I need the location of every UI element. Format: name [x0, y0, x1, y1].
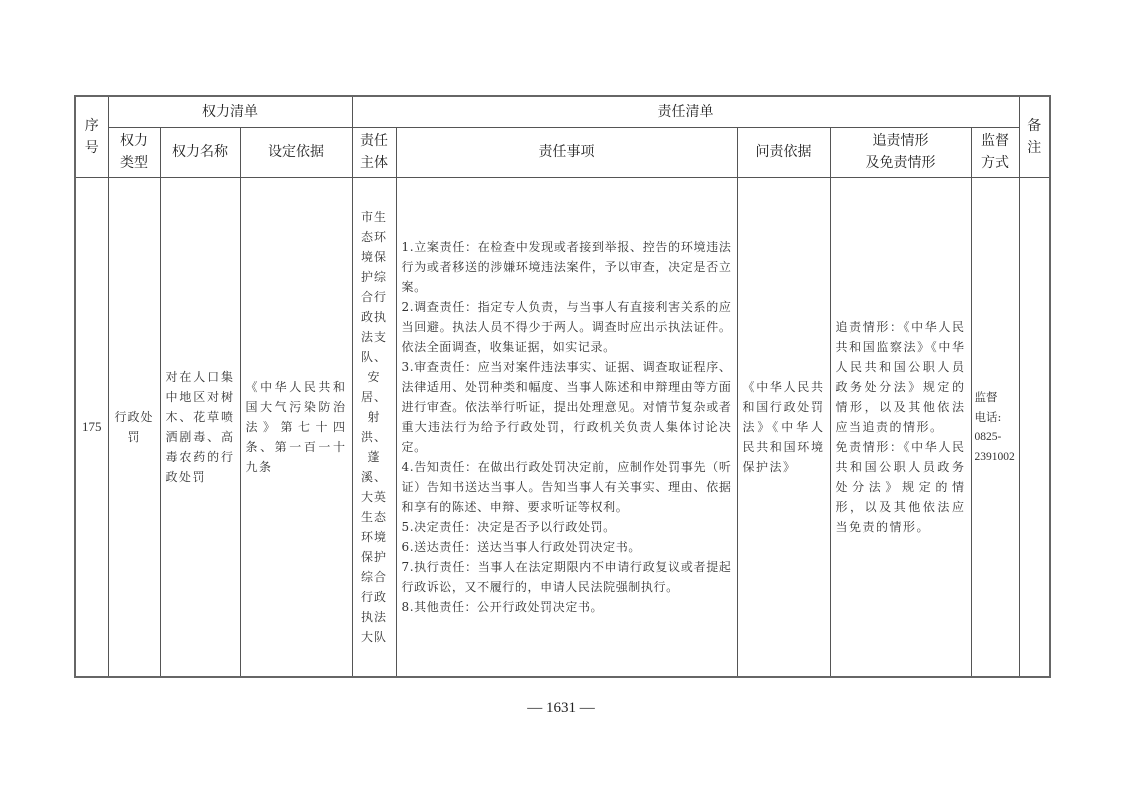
row-power-name: 对在人口集中地区对树木、花草喷洒剧毒、高毒农药的行政处罚 [160, 177, 240, 677]
header-remarks: 备 注 [1019, 96, 1050, 177]
exemption-case: 免责情形：《中华人民共和国公职人员政务处分法》规定的情形，以及其他依法应当免责的… [836, 437, 966, 537]
duty-item-6: 6.送达责任：送达当事人行政处罚决定书。 [402, 537, 732, 557]
supervision-phone-prefix: 0825- [975, 427, 1016, 447]
header-power-type-line1: 权力 [109, 130, 160, 152]
header-power-list: 权力清单 [108, 96, 352, 127]
duty-item-8: 8.其他责任：公开行政处罚决定书。 [402, 597, 732, 617]
table-row: 175 行政处罚 对在人口集中地区对树木、花草喷洒剧毒、高毒农药的行政处罚 《中… [75, 177, 1050, 677]
accountability-case: 追责情形：《中华人民共和国监察法》《中华人民共和国公职人员政务处分法》规定的情形… [836, 317, 966, 437]
row-power-type: 行政处罚 [108, 177, 160, 677]
row-accountability-basis: 《中华人民共和国行政处罚法》《中华人民共和国环境保护法》 [737, 177, 830, 677]
row-accountability-cases: 追责情形：《中华人民共和国监察法》《中华人民共和国公职人员政务处分法》规定的情形… [830, 177, 971, 677]
header-supervision-line1: 监督 [972, 130, 1019, 152]
supervision-line1: 监督 [975, 387, 1016, 407]
header-entity-line2: 主体 [353, 152, 396, 174]
header-seq-line1: 序 [76, 115, 108, 137]
header-seq-line2: 号 [76, 137, 108, 159]
row-responsible-entity: 市生态环境保护综合行政执法支队、安居、射洪、蓬溪、大英生态环境保护综合行政执法大… [352, 177, 396, 677]
power-responsibility-table: 序 号 权力清单 责任清单 备 注 权力 类型 权力名称 设定依据 责任 主体 … [74, 95, 1051, 678]
header-accountability-basis: 问责依据 [737, 127, 830, 177]
header-power-name: 权力名称 [160, 127, 240, 177]
header-cases-line1: 追责情形 [831, 130, 971, 152]
header-remarks-line2: 注 [1020, 137, 1050, 159]
supervision-phone-number: 2391002 [975, 447, 1016, 467]
duty-item-2: 2.调查责任：指定专人负责，与当事人有直接利害关系的应当回避。执法人员不得少于两… [402, 297, 732, 357]
duty-item-4: 4.告知责任：在做出行政处罚决定前，应制作处罚事先（听证）告知书送达当事人。告知… [402, 457, 732, 517]
header-power-type-line2: 类型 [109, 152, 160, 174]
header-supervision-line2: 方式 [972, 152, 1019, 174]
duty-item-5: 5.决定责任：决定是否予以行政处罚。 [402, 517, 732, 537]
header-power-type: 权力 类型 [108, 127, 160, 177]
duty-item-7: 7.执行责任：当事人在法定期限内不申请行政复议或者提起行政诉讼，又不履行的，申请… [402, 557, 732, 597]
page-number: — 1631 — [0, 700, 1122, 717]
row-seq: 175 [75, 177, 108, 677]
supervision-line2: 电话: [975, 407, 1016, 427]
duty-item-1: 1.立案责任：在检查中发现或者接到举报、控告的环境违法行为或者移送的涉嫌环境违法… [402, 237, 732, 297]
row-supervision: 监督 电话: 0825- 2391002 [971, 177, 1019, 677]
duty-item-3: 3.审查责任：应当对案件违法事实、证据、调查取证程序、法律适用、处罚种类和幅度、… [402, 357, 732, 457]
header-responsibility-list: 责任清单 [352, 96, 1019, 127]
header-responsibility-items: 责任事项 [396, 127, 737, 177]
row-remarks [1019, 177, 1050, 677]
row-responsibility-items: 1.立案责任：在检查中发现或者接到举报、控告的环境违法行为或者移送的涉嫌环境违法… [396, 177, 737, 677]
header-remarks-line1: 备 [1020, 115, 1050, 137]
header-responsible-entity: 责任 主体 [352, 127, 396, 177]
header-accountability-cases: 追责情形 及免责情形 [830, 127, 971, 177]
header-cases-line2: 及免责情形 [831, 152, 971, 174]
header-entity-line1: 责任 [353, 130, 396, 152]
header-basis: 设定依据 [240, 127, 352, 177]
header-seq: 序 号 [75, 96, 108, 177]
header-supervision: 监督 方式 [971, 127, 1019, 177]
row-basis: 《中华人民共和国大气污染防治法》第七十四条、第一百一十九条 [240, 177, 352, 677]
